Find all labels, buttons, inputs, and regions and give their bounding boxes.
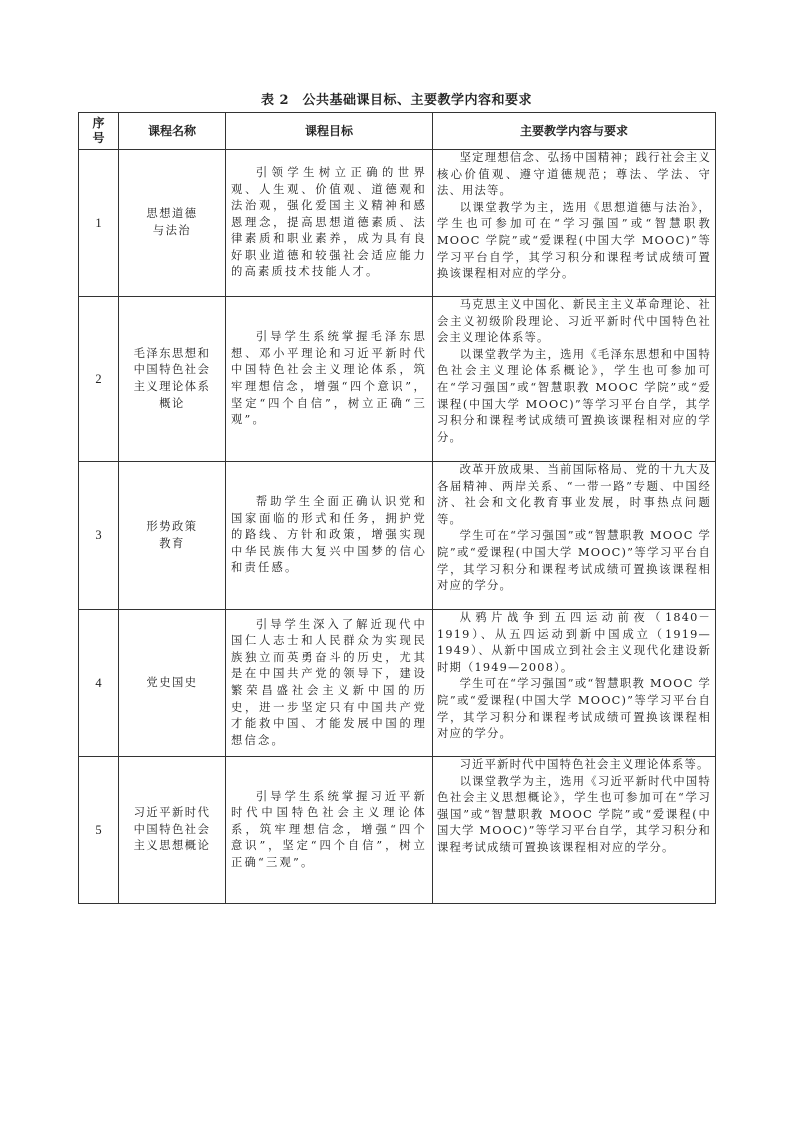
course-name-line: 中国特色社会 [125, 362, 219, 379]
course-name-line: 教育 [125, 536, 219, 553]
row-course-goal: 引导学生系统掌握习近平新时代中国特色社会主义理论体系，筑牢理想信念，增强“四个意… [226, 757, 433, 904]
header-course-name: 课程名称 [119, 113, 226, 150]
row-seq: 2 [79, 297, 119, 462]
course-name-line: 概论 [125, 396, 219, 413]
row-content: 从鸦片战争到五四运动前夜（1840－1919）、从五四运动到新中国成立（1919… [433, 610, 716, 757]
table-row: 3 形势政策 教育 帮助学生全面正确认识党和国家面临的形式和任务，拥护党的路线、… [79, 462, 716, 610]
table-row: 4 党史国史 引导学生深入了解近现代中国仁人志士和人民群众为实现民族独立而英勇奋… [79, 610, 716, 757]
course-name-line: 党史国史 [125, 675, 219, 692]
header-course-goal: 课程目标 [226, 113, 433, 150]
header-seq: 序 号 [79, 113, 119, 150]
row-course-name: 习近平新时代 中国特色社会 主义思想概论 [119, 757, 226, 904]
row-seq: 4 [79, 610, 119, 757]
table-title: 表 2 公共基础课目标、主要教学内容和要求 [0, 89, 793, 108]
content-paragraph: 以课堂教学为主，选用《毛泽东思想和中国特色社会主义理论体系概论》，学生也可参加可… [437, 347, 711, 447]
course-goal-text: 引导学生深入了解近现代中国仁人志士和人民群众为实现民族独立而英勇奋斗的历史，尤其… [231, 617, 427, 750]
course-name-line: 主义理论体系 [125, 379, 219, 396]
table-header-row: 序 号 课程名称 课程目标 主要教学内容与要求 [79, 113, 716, 150]
content-paragraph: 习近平新时代中国特色社会主义理论体系等。 [437, 757, 711, 774]
row-course-goal: 帮助学生全面正确认识党和国家面临的形式和任务，拥护党的路线、方针和政策，增强实现… [226, 462, 433, 610]
row-content: 改革开放成果、当前国际格局、党的十九大及各届精神、两岸关系、“一带一路”专题、中… [433, 462, 716, 610]
course-name-line: 中国特色社会 [125, 822, 219, 839]
row-seq: 5 [79, 757, 119, 904]
course-name-line: 习近平新时代 [125, 805, 219, 822]
course-goal-text: 帮助学生全面正确认识党和国家面临的形式和任务，拥护党的路线、方针和政策，增强实现… [231, 494, 427, 577]
row-course-goal: 引导学生系统掌握毛泽东思想、邓小平理论和习近平新时代中国特色社会主义理论体系，筑… [226, 297, 433, 462]
course-name-line: 思想道德 [125, 206, 219, 223]
course-table: 序 号 课程名称 课程目标 主要教学内容与要求 1 思想道德 与法治 引领学生树… [78, 112, 716, 904]
table-row: 1 思想道德 与法治 引领学生树立正确的世界观、人生观、价值观、道德观和法治观，… [79, 150, 716, 297]
table-row: 2 毛泽东思想和 中国特色社会 主义理论体系 概论 引导学生系统掌握毛泽东思想、… [79, 297, 716, 462]
row-course-name: 形势政策 教育 [119, 462, 226, 610]
header-seq-line2: 号 [79, 131, 118, 146]
row-content: 坚定理想信念、弘扬中国精神；践行社会主义核心价值观、遵守道德规范；尊法、学法、守… [433, 150, 716, 297]
content-paragraph: 学生可在“学习强国”或“智慧职教 MOOC 学院”或“爱课程(中国大学 MOOC… [437, 676, 711, 742]
course-name-line: 毛泽东思想和 [125, 346, 219, 363]
content-paragraph: 马克思主义中国化、新民主主义革命理论、社会主义初级阶段理论、习近平新时代中国特色… [437, 297, 711, 347]
content-paragraph: 从鸦片战争到五四运动前夜（1840－1919）、从五四运动到新中国成立（1919… [437, 610, 711, 676]
header-seq-line1: 序 [79, 116, 118, 131]
row-content: 马克思主义中国化、新民主主义革命理论、社会主义初级阶段理论、习近平新时代中国特色… [433, 297, 716, 462]
content-paragraph: 坚定理想信念、弘扬中国精神；践行社会主义核心价值观、遵守道德规范；尊法、学法、守… [437, 150, 711, 200]
table-row: 5 习近平新时代 中国特色社会 主义思想概论 引导学生系统掌握习近平新时代中国特… [79, 757, 716, 904]
course-name-line: 形势政策 [125, 519, 219, 536]
content-paragraph: 以课堂教学为主，选用《思想道德与法治》，学生也可参加可在“学习强国”或“智慧职教… [437, 200, 711, 283]
content-paragraph: 学生可在“学习强国”或“智慧职教 MOOC 学院”或“爱课程(中国大学 MOOC… [437, 528, 711, 594]
content-paragraph: 改革开放成果、当前国际格局、党的十九大及各届精神、两岸关系、“一带一路”专题、中… [437, 462, 711, 528]
course-goal-text: 引导学生系统掌握毛泽东思想、邓小平理论和习近平新时代中国特色社会主义理论体系，筑… [231, 329, 427, 429]
row-seq: 1 [79, 150, 119, 297]
row-course-goal: 引领学生树立正确的世界观、人生观、价值观、道德观和法治观，强化爱国主义精神和感恩… [226, 150, 433, 297]
header-content: 主要教学内容与要求 [433, 113, 716, 150]
row-course-name: 党史国史 [119, 610, 226, 757]
course-name-line: 主义思想概论 [125, 838, 219, 855]
row-content: 习近平新时代中国特色社会主义理论体系等。 以课堂教学为主，选用《习近平新时代中国… [433, 757, 716, 904]
content-paragraph: 以课堂教学为主，选用《习近平新时代中国特色社会主义思想概论》，学生也可参加可在“… [437, 774, 711, 857]
row-course-name: 毛泽东思想和 中国特色社会 主义理论体系 概论 [119, 297, 226, 462]
course-name-line: 与法治 [125, 223, 219, 240]
course-goal-text: 引导学生系统掌握习近平新时代中国特色社会主义理论体系，筑牢理想信念，增强“四个意… [231, 789, 427, 872]
row-course-name: 思想道德 与法治 [119, 150, 226, 297]
row-seq: 3 [79, 462, 119, 610]
course-goal-text: 引领学生树立正确的世界观、人生观、价值观、道德观和法治观，强化爱国主义精神和感恩… [231, 165, 427, 281]
row-course-goal: 引导学生深入了解近现代中国仁人志士和人民群众为实现民族独立而英勇奋斗的历史，尤其… [226, 610, 433, 757]
